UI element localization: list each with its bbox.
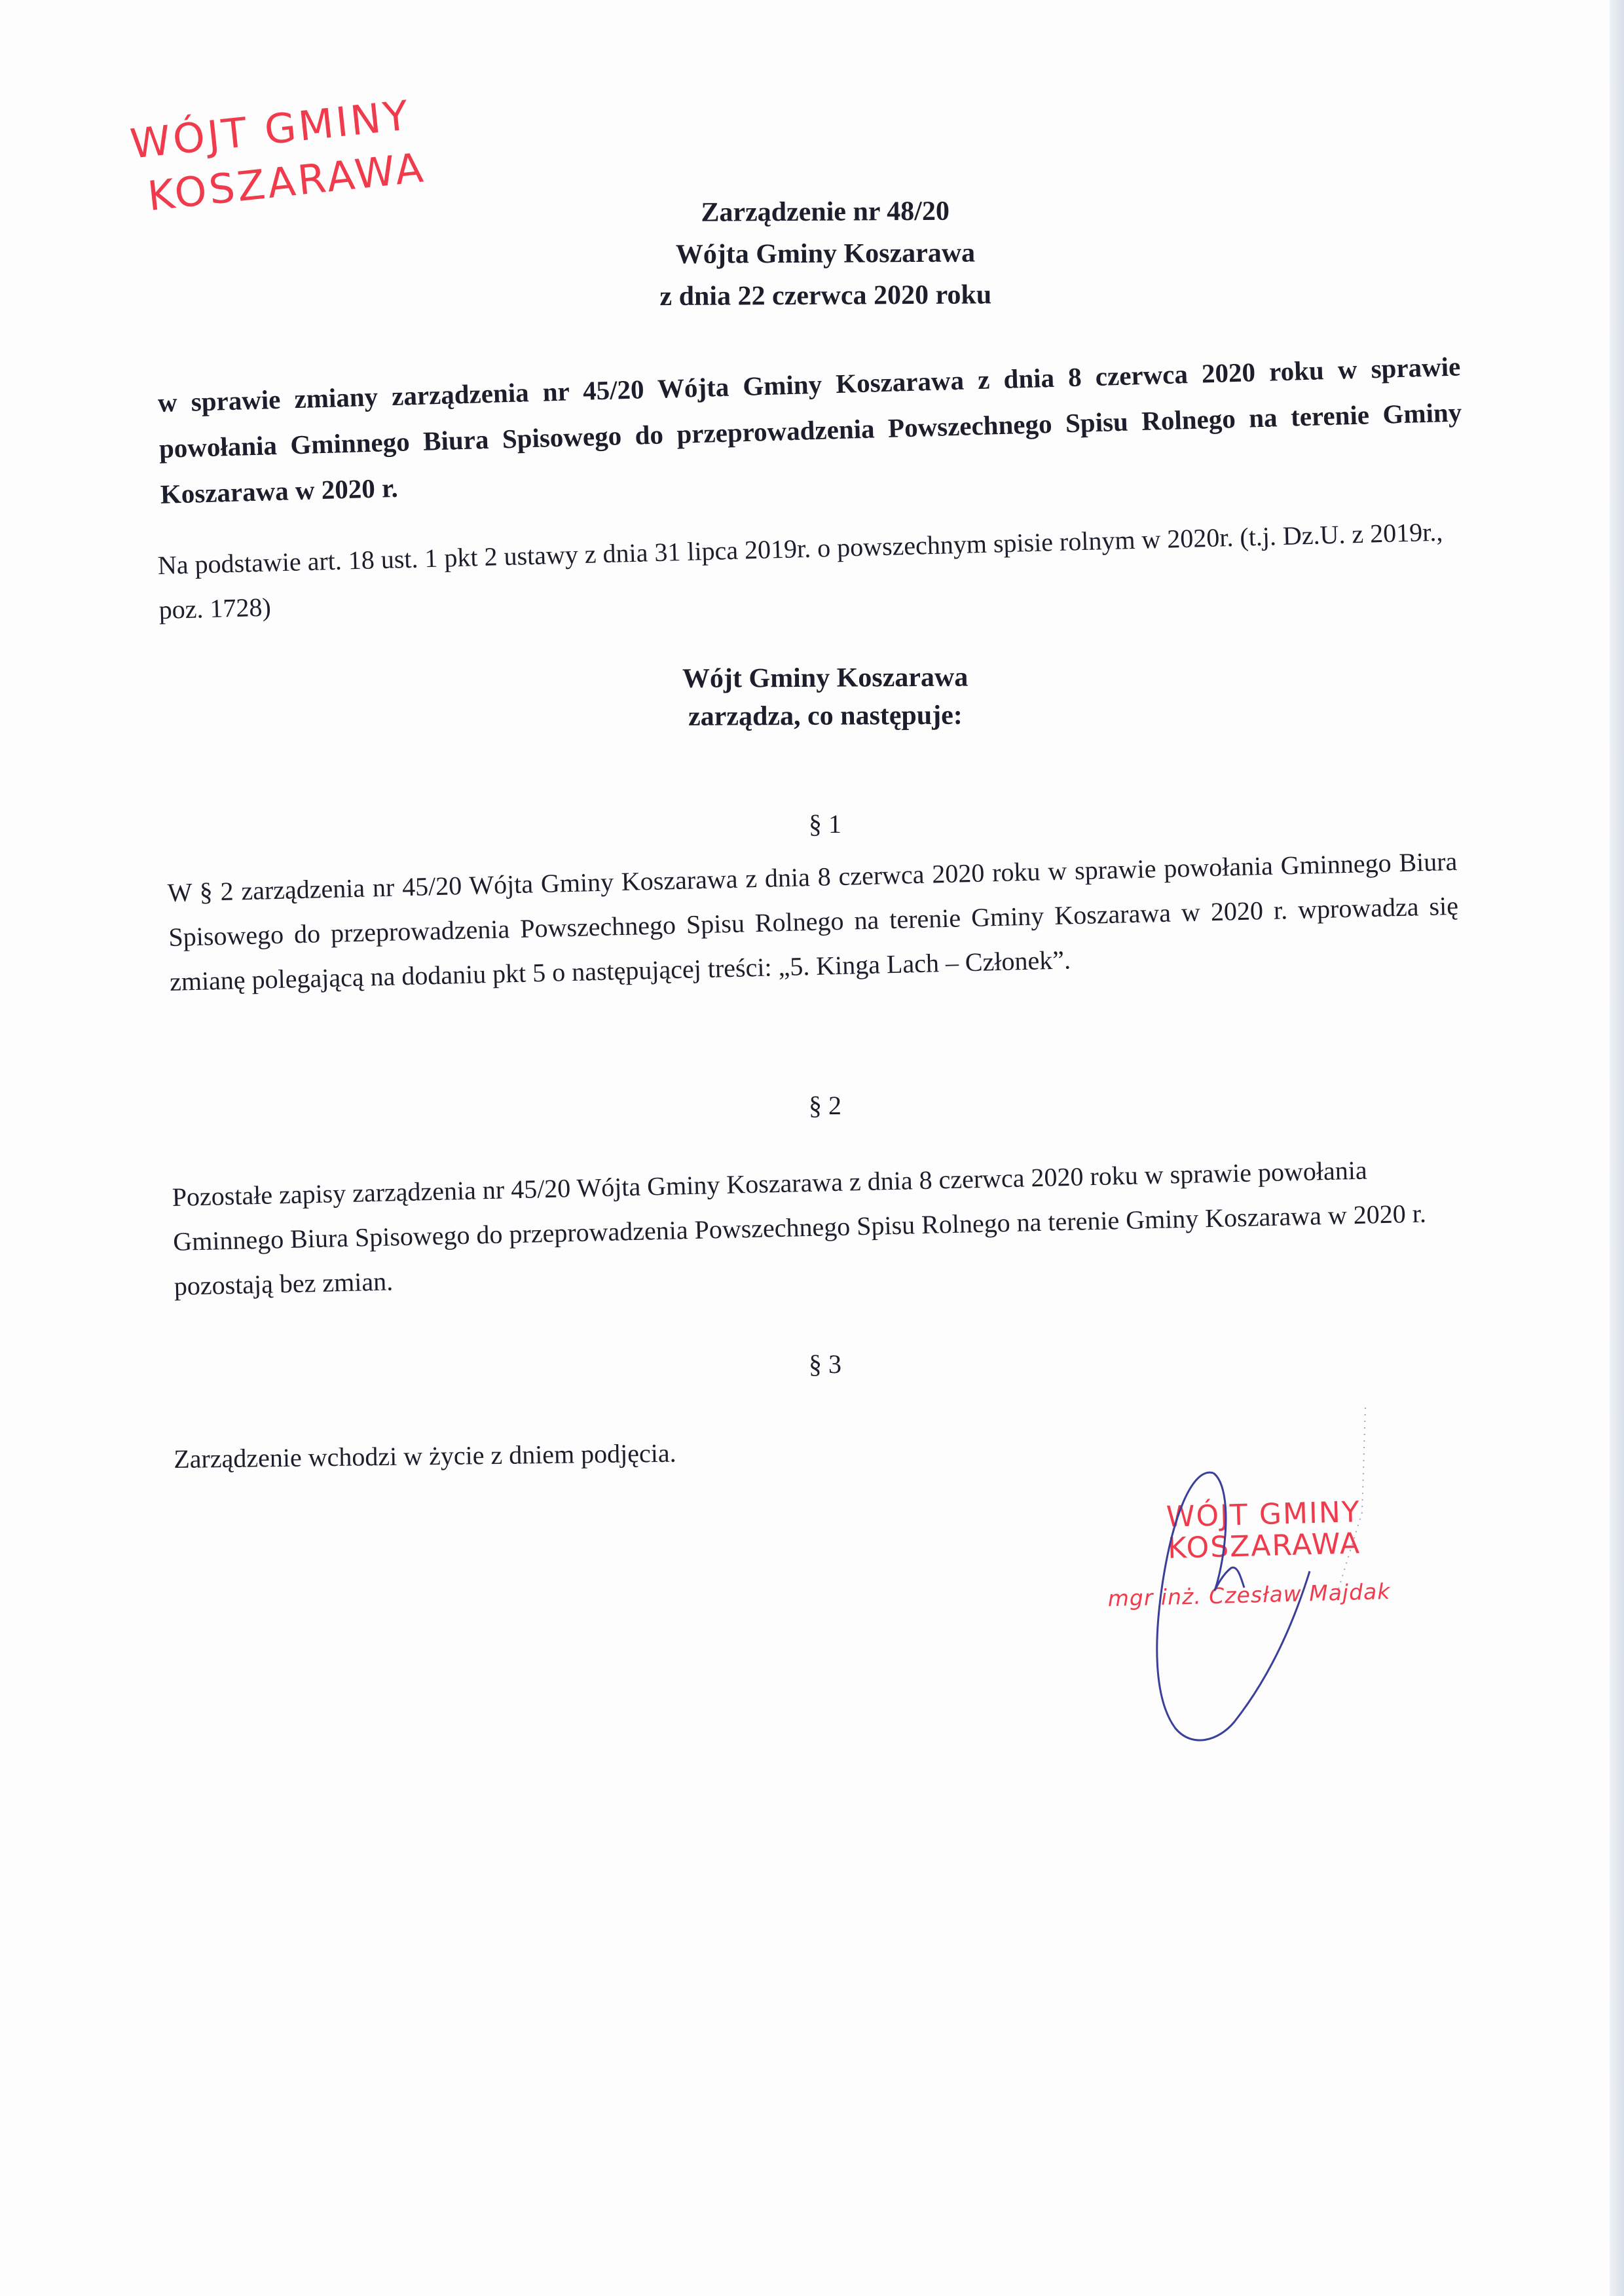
document-issuer: Wójta Gminy Koszarawa: [419, 231, 1231, 277]
section-1-text: W § 2 zarządzenia nr 45/20 Wójta Gminy K…: [167, 839, 1460, 1004]
document-title: Zarządzenie nr 48/20: [419, 189, 1231, 235]
section-2-text: Pozostałe zapisy zarządzenia nr 45/20 Wó…: [172, 1146, 1451, 1309]
document-header: Zarządzenie nr 48/20 Wójta Gminy Koszara…: [419, 189, 1232, 319]
section-1-heading: § 1: [419, 809, 1231, 839]
section-3-text: Zarządzenie wchodzi w życie z dniem podj…: [174, 1434, 959, 1474]
scan-edge: [1610, 0, 1624, 2296]
declaration: Wójt Gminy Koszarawa zarządza, co następ…: [419, 657, 1232, 737]
office-stamp-top: WÓJT GMINY KOSZARAWA: [128, 88, 428, 225]
document-subject: w sprawie zmiany zarządzenia nr 45/20 Wó…: [157, 343, 1464, 517]
document-date: z dnia 22 czerwca 2020 roku: [420, 273, 1232, 319]
signature-stamp-line-2: KOSZARAWA: [1139, 1527, 1390, 1565]
section-3-heading: § 3: [419, 1349, 1231, 1379]
section-2-heading: § 2: [419, 1090, 1231, 1121]
declaration-line-1: Wójt Gminy Koszarawa: [419, 657, 1231, 699]
declaration-line-2: zarządza, co następuje:: [419, 695, 1231, 737]
signatory-name: mgr inż. Czesław Majdak: [1107, 1578, 1391, 1611]
legal-basis: Na podstawie art. 18 ust. 1 pkt 2 ustawy…: [157, 509, 1462, 632]
signature-stamp: WÓJT GMINY KOSZARAWA mgr inż. Czesław Ma…: [1138, 1496, 1391, 1611]
